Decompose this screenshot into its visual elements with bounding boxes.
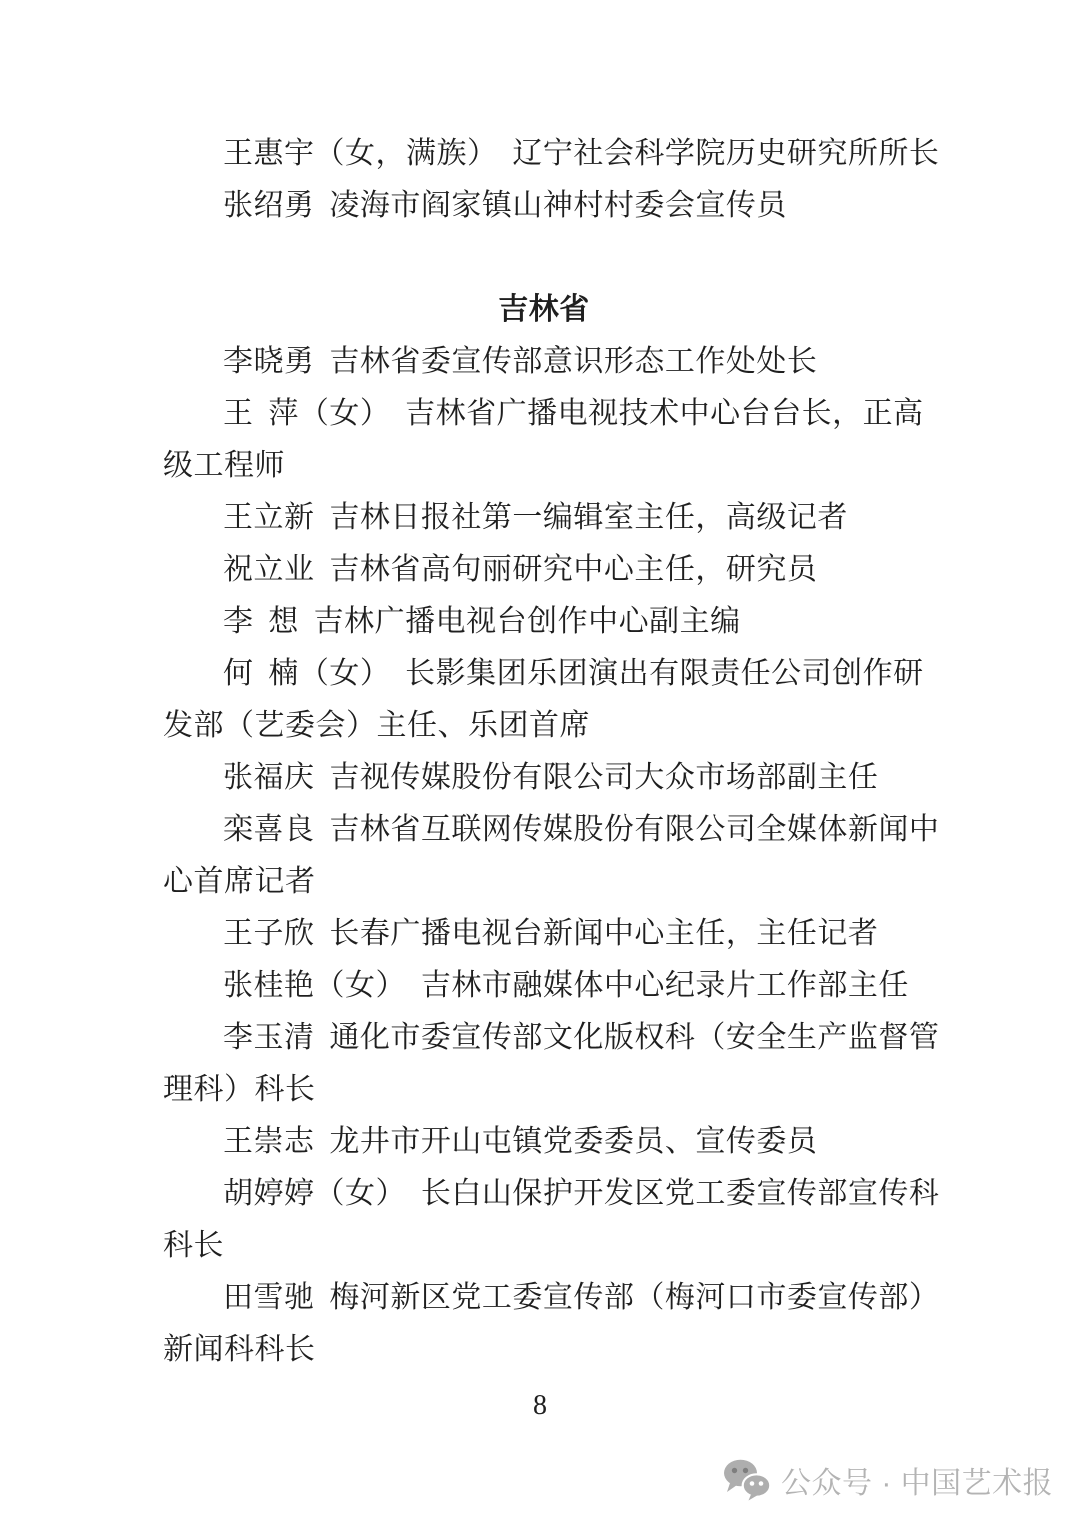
wechat-icon — [723, 1459, 771, 1501]
text-line: 李晓勇 吉林省委宣传部意识形态工作处处长 — [163, 336, 925, 388]
text-line: 李玉清 通化市委宣传部文化版权科（安全生产监督管 — [163, 1012, 925, 1064]
text-line: 何 楠（女） 长影集团乐团演出有限责任公司创作研 — [163, 648, 925, 700]
text-line: 新闻科科长 — [163, 1324, 925, 1376]
text-line: 张桂艳（女） 吉林市融媒体中心纪录片工作部主任 — [163, 960, 925, 1012]
section-heading: 吉林省 — [163, 284, 925, 336]
page-number: 8 — [0, 1390, 1080, 1422]
text-line: 王惠宇（女，满族） 辽宁社会科学院历史研究所所长 — [163, 128, 925, 180]
text-line: 级工程师 — [163, 440, 925, 492]
text-line: 王 萍（女） 吉林省广播电视技术中心台台长，正高 — [163, 388, 925, 440]
text-line: 李 想 吉林广播电视台创作中心副主编 — [163, 596, 925, 648]
text-line: 心首席记者 — [163, 856, 925, 908]
text-line: 理科）科长 — [163, 1064, 925, 1116]
text-line: 栾喜良 吉林省互联网传媒股份有限公司全媒体新闻中 — [163, 804, 925, 856]
document-page: 王惠宇（女，满族） 辽宁社会科学院历史研究所所长张绍勇 凌海市阎家镇山神村村委会… — [0, 0, 1080, 1526]
text-line: 王立新 吉林日报社第一编辑室主任，高级记者 — [163, 492, 925, 544]
text-line: 张绍勇 凌海市阎家镇山神村村委会宣传员 — [163, 180, 925, 232]
text-line: 田雪驰 梅河新区党工委宣传部（梅河口市委宣传部） — [163, 1272, 925, 1324]
document-body: 王惠宇（女，满族） 辽宁社会科学院历史研究所所长张绍勇 凌海市阎家镇山神村村委会… — [163, 128, 925, 1376]
text-line: 张福庆 吉视传媒股份有限公司大众市场部副主任 — [163, 752, 925, 804]
text-line: 王崇志 龙井市开山屯镇党委委员、宣传委员 — [163, 1116, 925, 1168]
text-line: 王子欣 长春广播电视台新闻中心主任，主任记者 — [163, 908, 925, 960]
watermark-text: 公众号 · 中国艺术报 — [781, 1458, 1053, 1502]
text-line: 科长 — [163, 1220, 925, 1272]
watermark: 公众号 · 中国艺术报 — [723, 1459, 1053, 1501]
text-line: 胡婷婷（女） 长白山保护开发区党工委宣传部宣传科 — [163, 1168, 925, 1220]
text-line: 祝立业 吉林省高句丽研究中心主任，研究员 — [163, 544, 925, 596]
text-line — [163, 232, 925, 284]
text-line: 发部（艺委会）主任、乐团首席 — [163, 700, 925, 752]
